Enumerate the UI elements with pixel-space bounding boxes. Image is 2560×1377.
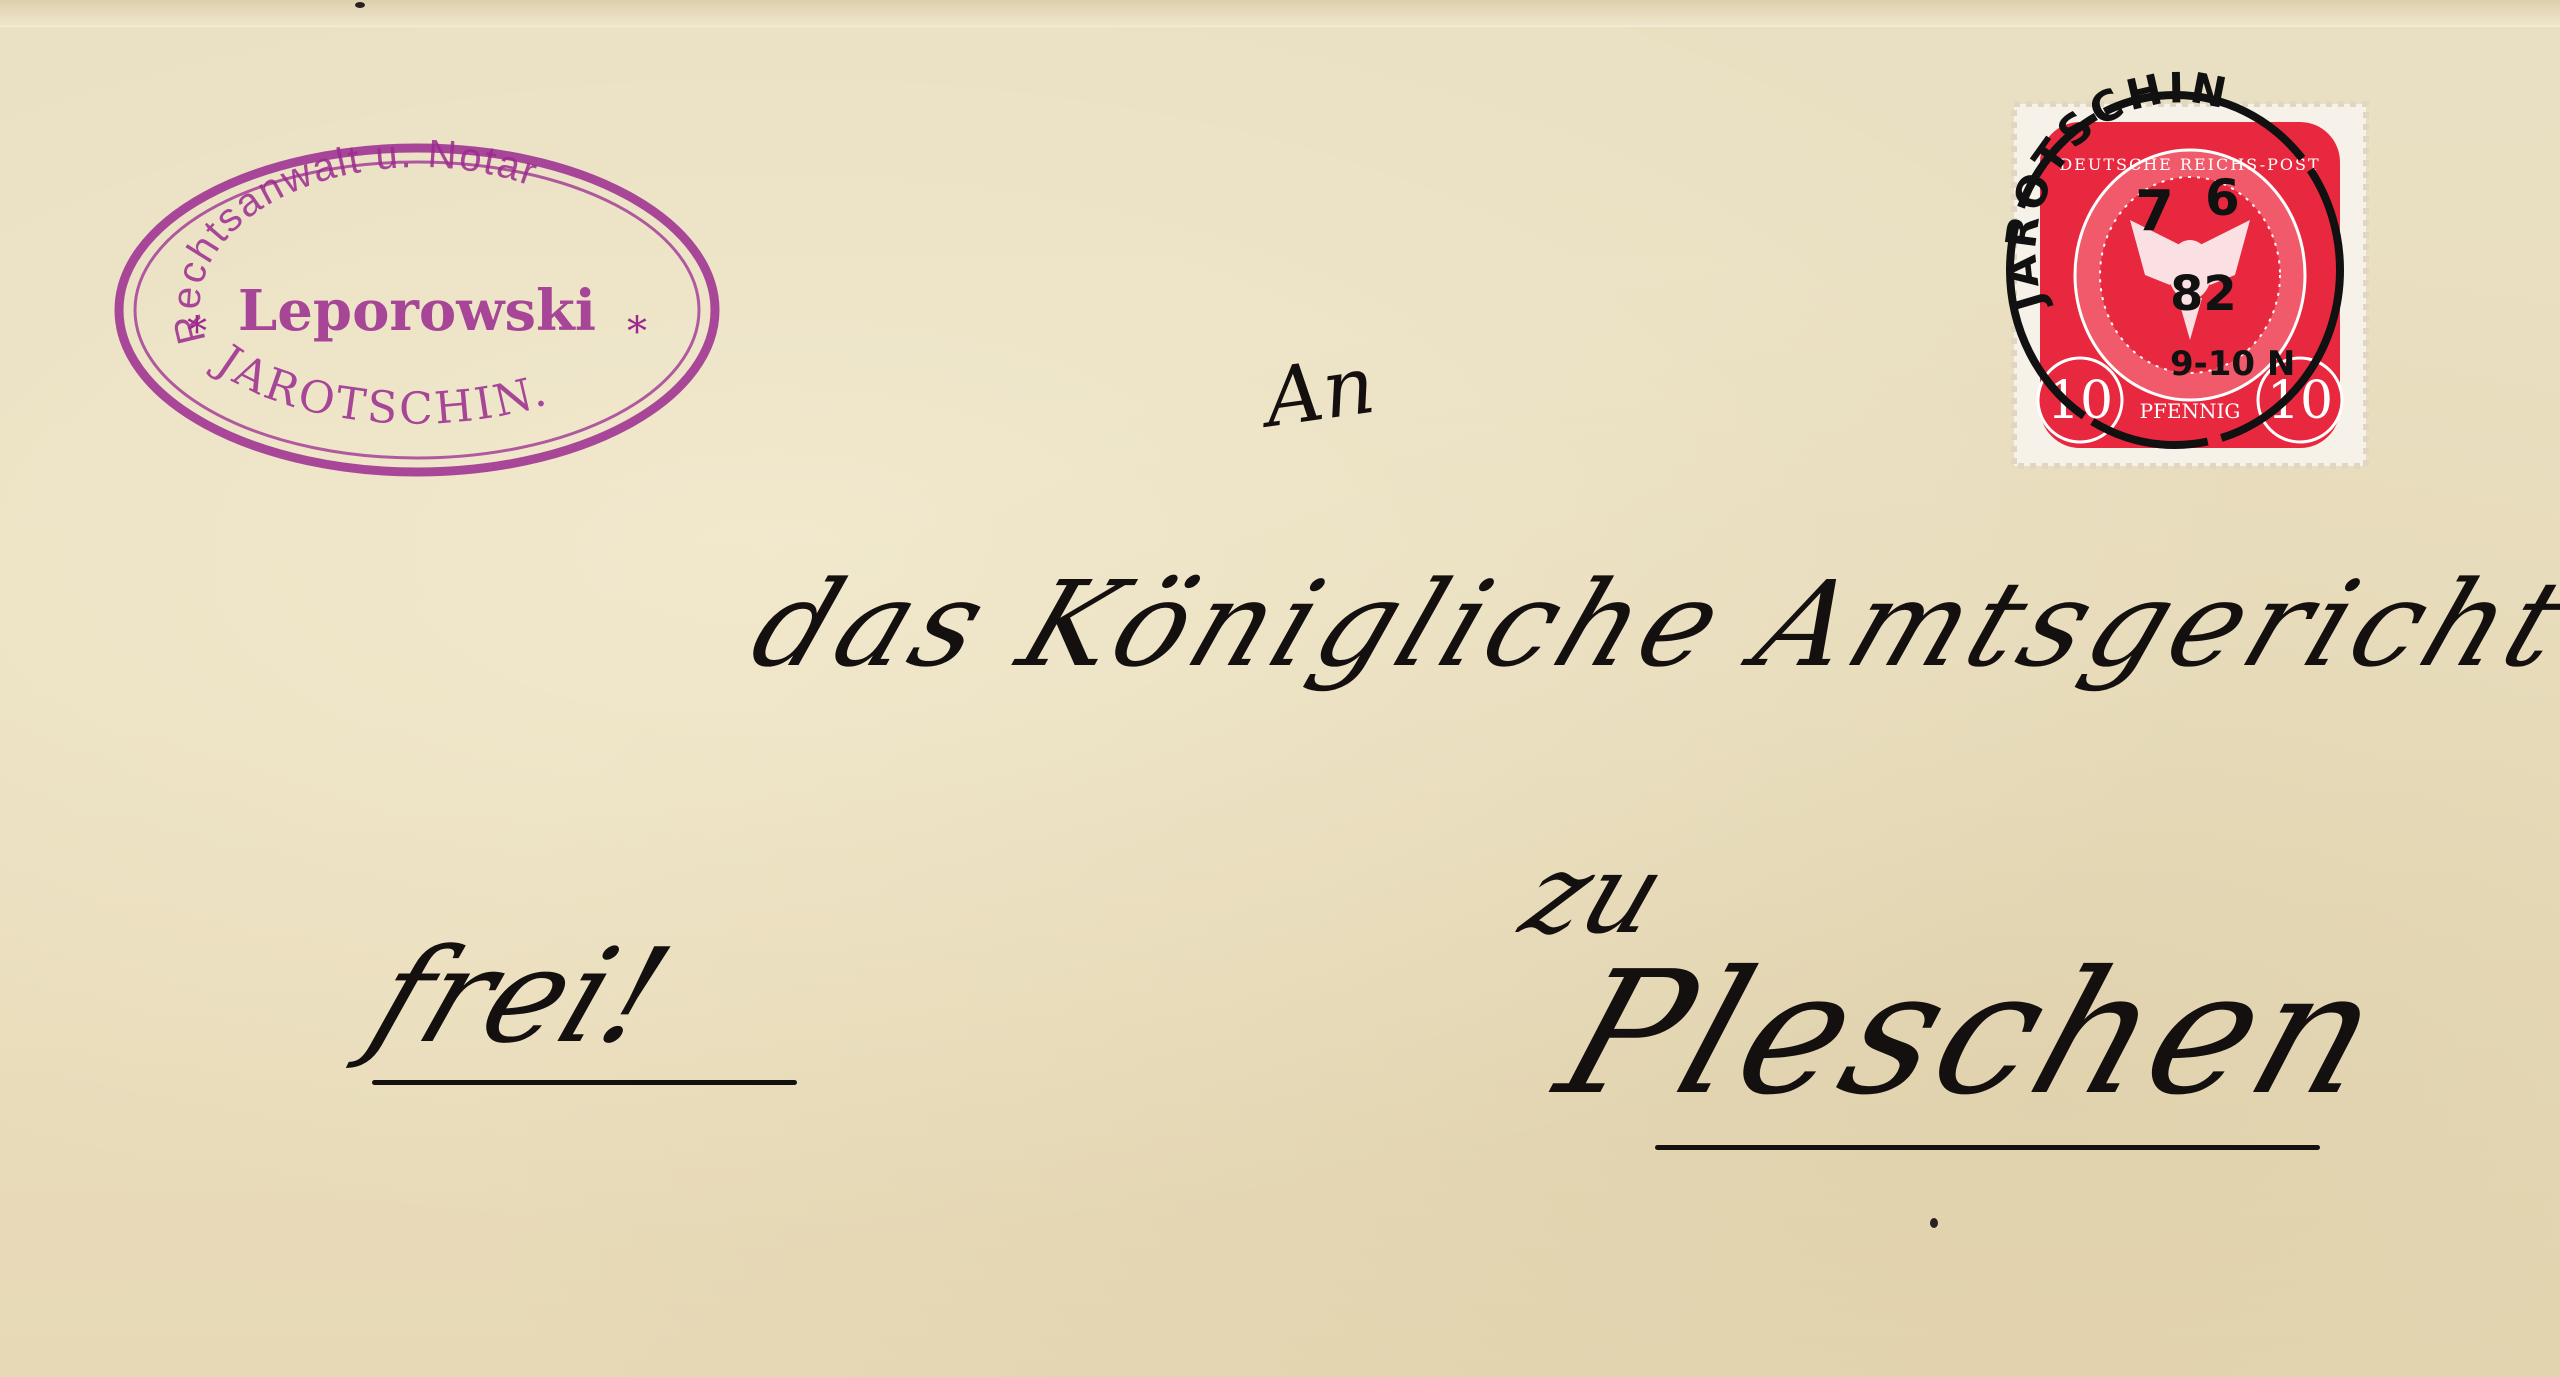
postmark-time: 9-10 N: [2170, 344, 2295, 384]
endorsement-text: frei!: [352, 920, 688, 1072]
cachet-city: JAROTSCHIN.: [204, 333, 554, 434]
sender-cachet: Rechtsanwalt u. Notar Leporowski * * JAR…: [112, 140, 722, 480]
postmark-month: 6: [2205, 169, 2240, 227]
postmark-day: 7: [2135, 179, 2174, 244]
address-city: Pleschen: [1538, 935, 2406, 1133]
ink-speck: [1930, 1218, 1938, 1228]
endorsement-underline: [372, 1080, 797, 1085]
address-recipient: das Königliche Amtsgericht: [735, 555, 2560, 693]
cachet-name: Leporowski: [238, 278, 596, 344]
address-salutation: An: [1259, 338, 1380, 445]
ink-speck: [355, 2, 365, 8]
envelope-top-fold: [0, 0, 2560, 27]
cachet-asterisk-left: *: [187, 309, 207, 355]
postmark: JAROTSCHIN 7 6 82 9-10 N: [1965, 55, 2385, 475]
svg-text:JAROTSCHIN.: JAROTSCHIN.: [204, 333, 554, 434]
postmark-year: 82: [2170, 266, 2237, 322]
city-underline: [1655, 1145, 2320, 1150]
cachet-asterisk-right: *: [627, 309, 647, 355]
